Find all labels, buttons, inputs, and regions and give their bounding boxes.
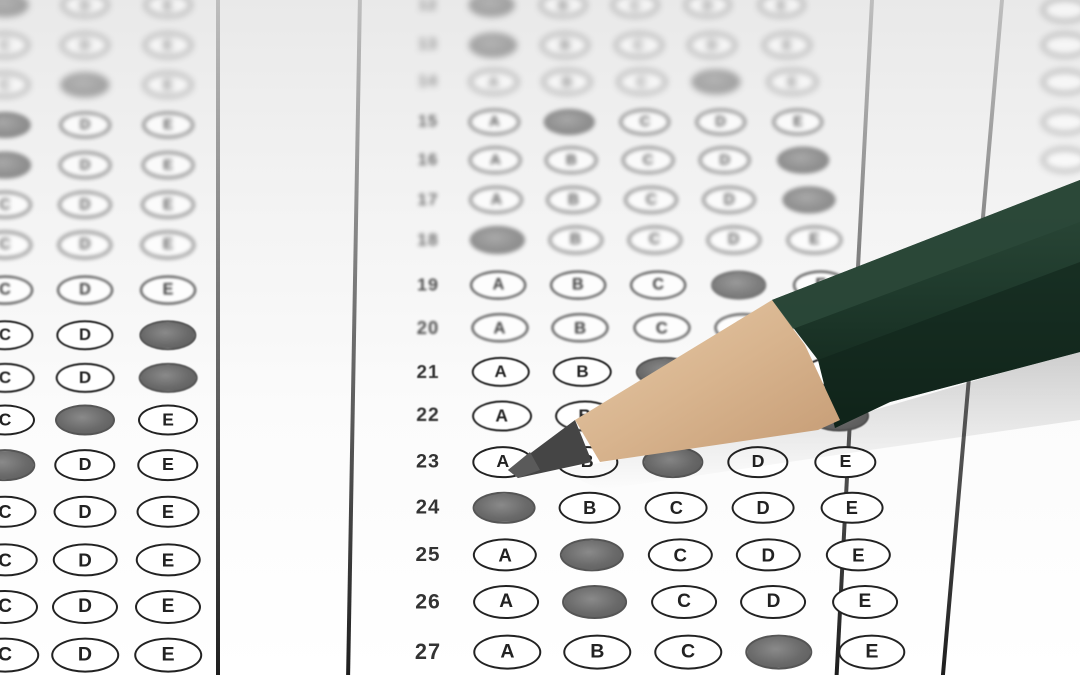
answer-bubble-18-a[interactable]: A	[470, 226, 524, 254]
answer-bubble-13-b[interactable]: B	[541, 33, 589, 58]
answer-bubble-left-10-e[interactable]: E	[138, 405, 198, 436]
answer-bubble-left-9-e[interactable]: E	[139, 363, 198, 393]
answer-bubble-24-a[interactable]: A	[472, 492, 535, 524]
answer-bubble-16-b[interactable]: B	[545, 147, 597, 174]
answer-bubble-left-0-e[interactable]: E	[145, 0, 192, 17]
answer-bubble-15-b[interactable]: B	[544, 109, 594, 135]
answer-bubble-12-e[interactable]: E	[758, 0, 805, 17]
answer-bubble-24-e[interactable]: E	[820, 492, 883, 524]
answer-bubble-left-9-d[interactable]: D	[56, 363, 115, 393]
answer-bubble-17-c[interactable]: C	[625, 186, 678, 213]
answer-bubble-left-14-c[interactable]: C	[0, 590, 38, 624]
answer-bubble-19-e[interactable]: E	[793, 271, 849, 300]
answer-bubble-24-b[interactable]: B	[558, 492, 621, 524]
answer-bubble-27-c[interactable]: C	[654, 635, 721, 670]
answer-bubble-12-a[interactable]: A	[468, 0, 515, 17]
question-number: 20	[417, 317, 439, 339]
column-divider-4	[941, 0, 1004, 675]
answer-bubble-left-3-c[interactable]: C	[0, 112, 30, 138]
answer-bubble-19-d[interactable]: D	[711, 271, 767, 300]
answer-bubble-left-3-d[interactable]: D	[60, 112, 111, 138]
answer-bubble-left-5-e[interactable]: E	[141, 191, 194, 218]
answer-bubble-26-e[interactable]: E	[832, 585, 898, 619]
answer-bubble-16-c[interactable]: C	[622, 147, 674, 174]
answer-bubble-left-7-d[interactable]: D	[57, 276, 113, 305]
answer-bubble-left-11-d[interactable]: D	[54, 449, 115, 481]
answer-bubble-17-d[interactable]: D	[703, 186, 756, 213]
answer-bubble-left-0-c[interactable]: C	[0, 0, 28, 17]
answer-bubble-16-e[interactable]: E	[777, 147, 829, 174]
answer-bubble-16-d[interactable]: D	[699, 147, 751, 174]
answer-bubble-left-8-d[interactable]: D	[56, 320, 113, 350]
question-number: 15	[418, 113, 438, 132]
answer-bubble-19-a[interactable]: A	[471, 271, 527, 300]
answer-bubble-left-8-e[interactable]: E	[139, 320, 196, 350]
answer-bubble-15-c[interactable]: C	[620, 109, 670, 135]
answer-bubble-left-14-d[interactable]: D	[52, 590, 118, 624]
answer-bubble-left-10-c[interactable]: C	[0, 405, 35, 436]
answer-bubble-left-1-e[interactable]: E	[144, 33, 192, 58]
answer-bubble-right-partial[interactable]	[1042, 33, 1080, 57]
answer-bubble-23-a[interactable]: A	[472, 446, 533, 478]
answer-bubble-left-11-e[interactable]: E	[137, 449, 198, 481]
answer-bubble-left-5-d[interactable]: D	[58, 191, 111, 218]
answer-bubble-25-d[interactable]: D	[736, 538, 800, 571]
answer-bubble-left-12-e[interactable]: E	[137, 496, 200, 528]
answer-bubble-26-d[interactable]: D	[741, 585, 807, 619]
question-number: 21	[417, 361, 440, 383]
answer-bubble-22-c[interactable]: C	[639, 401, 699, 432]
answer-bubble-13-d[interactable]: D	[688, 33, 736, 58]
answer-bubble-20-c[interactable]: C	[633, 313, 690, 342]
answer-bubble-left-7-c[interactable]: C	[0, 276, 33, 305]
answer-bubble-26-a[interactable]: A	[473, 585, 539, 619]
answer-bubble-left-2-d[interactable]: D	[60, 72, 109, 97]
answer-bubble-left-9-c[interactable]: C	[0, 363, 34, 393]
answer-bubble-21-c[interactable]: C	[636, 357, 694, 387]
answer-bubble-left-14-e[interactable]: E	[135, 590, 201, 624]
question-number: 16	[418, 150, 439, 170]
answer-bubble-16-a[interactable]: A	[470, 147, 522, 174]
answer-bubble-14-d[interactable]: D	[692, 69, 741, 94]
answer-sheet: CDECDECDECDECDECDECDECDECDECDECDECDECDEC…	[0, 0, 1080, 675]
answer-bubble-left-12-d[interactable]: D	[54, 496, 117, 528]
question-number: 22	[416, 405, 439, 427]
answer-bubble-left-11-c[interactable]: C	[0, 449, 36, 481]
answer-bubble-left-4-e[interactable]: E	[142, 152, 194, 179]
answer-bubble-15-e[interactable]: E	[773, 109, 823, 135]
answer-bubble-left-13-d[interactable]: D	[53, 543, 118, 576]
answer-bubble-22-a[interactable]: A	[472, 401, 532, 432]
answer-bubble-left-3-e[interactable]: E	[143, 112, 194, 138]
answer-bubble-left-13-c[interactable]: C	[0, 543, 37, 576]
answer-bubble-15-a[interactable]: A	[469, 109, 519, 135]
question-number: 14	[418, 73, 438, 91]
answer-bubble-14-c[interactable]: C	[617, 69, 666, 94]
answer-bubble-18-b[interactable]: B	[548, 226, 602, 254]
answer-bubble-left-6-c[interactable]: C	[0, 231, 32, 259]
answer-bubble-23-d[interactable]: D	[727, 446, 788, 478]
answer-bubble-27-d[interactable]: D	[745, 635, 812, 670]
answer-bubble-right-partial[interactable]	[1042, 0, 1080, 22]
answer-bubble-13-e[interactable]: E	[763, 33, 811, 58]
answer-bubble-20-d[interactable]: D	[715, 313, 772, 342]
question-number: 24	[416, 497, 441, 520]
answer-bubble-15-d[interactable]: D	[695, 109, 745, 135]
answer-bubble-18-c[interactable]: C	[627, 226, 681, 254]
answer-bubble-left-8-c[interactable]: C	[0, 320, 34, 350]
answer-bubble-22-b[interactable]: B	[555, 401, 615, 432]
question-number: 12	[419, 0, 438, 14]
answer-bubble-left-15-e[interactable]: E	[134, 638, 202, 673]
answer-bubble-20-b[interactable]: B	[552, 313, 609, 342]
question-number: 27	[415, 639, 441, 665]
question-number: 17	[418, 190, 439, 210]
question-number: 13	[418, 36, 437, 54]
answer-bubble-left-4-d[interactable]: D	[59, 152, 111, 179]
question-number: 19	[417, 275, 439, 296]
answer-bubble-14-b[interactable]: B	[543, 69, 592, 94]
question-number: 25	[415, 543, 440, 567]
answer-bubble-26-c[interactable]: C	[651, 585, 717, 619]
answer-bubble-27-a[interactable]: A	[474, 635, 541, 670]
answer-bubble-22-d[interactable]: D	[723, 401, 783, 432]
answer-bubble-21-d[interactable]: D	[719, 357, 777, 387]
answer-bubble-19-b[interactable]: B	[550, 271, 606, 300]
answer-bubble-26-b[interactable]: B	[562, 585, 628, 619]
answer-bubble-18-e[interactable]: E	[787, 226, 841, 254]
column-divider-2	[346, 0, 362, 675]
answer-bubble-17-b[interactable]: B	[547, 186, 600, 213]
question-number: 23	[416, 451, 440, 474]
answer-bubble-13-c[interactable]: C	[615, 33, 663, 58]
answer-bubble-left-2-c[interactable]: C	[0, 72, 30, 97]
answer-bubble-left-15-c[interactable]: C	[0, 638, 39, 673]
answer-bubble-24-c[interactable]: C	[645, 492, 708, 524]
answer-bubble-13-a[interactable]: A	[469, 33, 517, 58]
answer-bubble-25-c[interactable]: C	[648, 538, 712, 571]
answer-bubble-left-1-c[interactable]: C	[0, 33, 29, 58]
answer-bubble-left-4-c[interactable]: C	[0, 152, 31, 179]
answer-bubble-25-b[interactable]: B	[560, 538, 624, 571]
answer-bubble-12-c[interactable]: C	[612, 0, 659, 17]
answer-bubble-21-a[interactable]: A	[471, 357, 529, 387]
answer-bubble-left-7-e[interactable]: E	[140, 276, 196, 305]
column-divider-1	[216, 0, 220, 675]
answer-bubble-25-e[interactable]: E	[826, 538, 890, 571]
answer-bubble-left-5-c[interactable]: C	[0, 191, 32, 218]
answer-bubble-left-6-d[interactable]: D	[58, 231, 112, 259]
answer-bubble-20-a[interactable]: A	[471, 313, 528, 342]
answer-bubble-right-partial[interactable]	[1042, 110, 1080, 134]
answer-bubble-27-b[interactable]: B	[564, 635, 631, 670]
answer-bubble-21-b[interactable]: B	[553, 357, 611, 387]
answer-bubble-25-a[interactable]: A	[473, 538, 537, 571]
answer-bubble-left-15-d[interactable]: D	[51, 638, 119, 673]
answer-bubble-23-c[interactable]: C	[642, 446, 703, 478]
answer-bubble-23-b[interactable]: B	[557, 446, 618, 478]
answer-bubble-right-partial[interactable]	[1042, 148, 1080, 172]
answer-bubble-left-1-d[interactable]: D	[61, 33, 109, 58]
answer-bubble-23-e[interactable]: E	[815, 446, 876, 478]
answer-bubble-left-12-c[interactable]: C	[0, 496, 36, 528]
answer-bubble-left-2-e[interactable]: E	[143, 72, 192, 97]
answer-bubble-12-b[interactable]: B	[540, 0, 587, 17]
answer-bubble-left-6-e[interactable]: E	[141, 231, 195, 259]
answer-bubble-left-0-d[interactable]: D	[62, 0, 109, 17]
answer-bubble-20-e[interactable]: E	[798, 313, 855, 342]
answer-bubble-19-c[interactable]: C	[630, 271, 686, 300]
answer-bubble-left-13-e[interactable]: E	[136, 543, 201, 576]
answer-bubble-12-d[interactable]: D	[684, 0, 731, 17]
answer-bubble-17-a[interactable]: A	[470, 186, 523, 213]
answer-bubble-14-e[interactable]: E	[768, 69, 817, 94]
answer-bubble-right-partial[interactable]	[1042, 70, 1080, 94]
answer-bubble-18-d[interactable]: D	[706, 226, 760, 254]
answer-bubble-left-10-d[interactable]: D	[55, 405, 115, 436]
question-number: 26	[415, 590, 441, 615]
answer-bubble-14-a[interactable]: A	[469, 69, 518, 94]
answer-bubble-17-e[interactable]: E	[782, 186, 835, 213]
question-number: 18	[417, 230, 438, 251]
answer-bubble-24-d[interactable]: D	[732, 492, 795, 524]
answer-bubble-22-e[interactable]: E	[809, 401, 869, 432]
answer-bubble-27-e[interactable]: E	[838, 635, 905, 670]
